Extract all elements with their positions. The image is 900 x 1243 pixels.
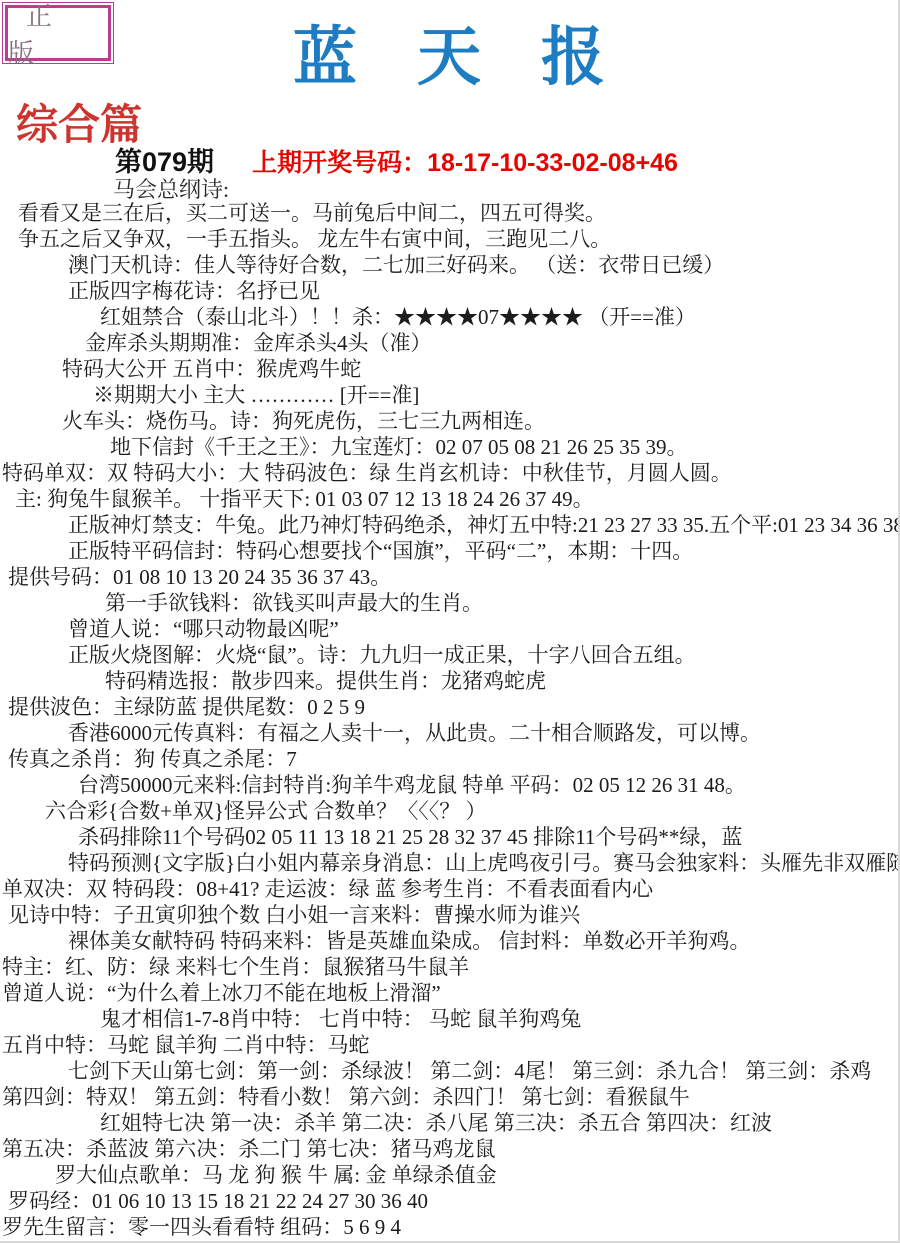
text-line: 金库杀头期期准：金库杀头4头（准） xyxy=(85,330,898,356)
text-line: 鬼才相信1-7-8肖中特： 七肖中特： 马蛇 鼠羊狗鸡兔 xyxy=(100,1006,898,1032)
text-line: 火车头：烧伤马。诗：狗死虎伤，三七三九两相连。 xyxy=(62,408,898,434)
text-line: 单双决：双 特码段：08+41? 走运波：绿 蓝 参考生肖：不看表面看内心 xyxy=(2,876,898,902)
text-line: 争五之后又争双，一手五指头。 龙左牛右寅中间，三跑见二八。 xyxy=(18,226,898,252)
text-line: 主: 狗兔牛鼠猴羊。 十指平天下: 01 03 07 12 13 18 24 2… xyxy=(15,486,898,512)
text-line: 罗码经：01 06 10 13 15 18 21 22 24 27 30 36 … xyxy=(8,1188,898,1214)
text-line: 杀码排除11个号码02 05 11 13 18 21 25 28 32 37 4… xyxy=(78,824,898,850)
text-line: 裸体美女献特码 特码来料：皆是英雄血染成。 信封料：单数必开羊狗鸡。 xyxy=(68,928,898,954)
text-line: 特码大公开 五肖中：猴虎鸡牛蛇 xyxy=(62,356,898,382)
text-line: 正版四字梅花诗：名抒已见 xyxy=(68,278,898,304)
text-line: 特主：红、防：绿 来料七个生肖：鼠猴猪马牛鼠羊 xyxy=(2,954,898,980)
text-line: 提供波色：主绿防蓝 提供尾数：0 2 5 9 xyxy=(8,694,898,720)
text-line: 正版特平码信封：特码心想要找个“国旗”，平码“二”，本期：十四。 xyxy=(68,538,898,564)
text-line: 七剑下天山第七剑：第一剑：杀绿波！ 第二剑：4尾！ 第三剑：杀九合！ 第三剑：杀… xyxy=(68,1058,898,1084)
text-line: 罗大仙点歌单：马 龙 狗 猴 牛 属: 金 单绿杀值金 xyxy=(55,1162,898,1188)
text-line: ※期期大小 主大 ………… [开==准] xyxy=(93,382,898,408)
last-draw-numbers: 上期开奖号码：18-17-10-33-02-08+46 xyxy=(252,143,678,179)
text-line: 见诗中特：子丑寅卯独个数 白小姐一言来料：曹操水师为谁兴 xyxy=(8,902,898,928)
text-line: 五肖中特：马蛇 鼠羊狗 二肖中特：马蛇 xyxy=(2,1032,898,1058)
text-line: 特码精选报：散步四来。提供生肖：龙猪鸡蛇虎 xyxy=(105,668,898,694)
text-line: 正版火烧图解：火烧“鼠”。诗：九九归一成正果，十字八回合五组。 xyxy=(68,642,898,668)
newspaper-page: 正 版 蓝天报 综合篇 第079期 上期开奖号码：18-17-10-33-02-… xyxy=(0,0,900,1243)
page-title: 蓝天报 xyxy=(0,6,898,98)
text-line: 台湾50000元来料:信封特肖:狗羊牛鸡龙鼠 特单 平码：02 05 12 26… xyxy=(78,772,898,798)
text-line: 红姐特七决 第一决：杀羊 第二决：杀八尾 第三决：杀五合 第四决：红波 xyxy=(100,1110,898,1136)
text-line: 第一手欲钱料：欲钱买叫声最大的生肖。 xyxy=(105,590,898,616)
text-line: 正版神灯禁支：牛兔。此乃神灯特码绝杀，神灯五中特:21 23 27 33 35.… xyxy=(68,512,898,538)
text-line: 六合彩{合数+单双}怪异公式 合数单？〈〈〈？ ） xyxy=(45,798,898,824)
text-line: 第四剑：特双！ 第五剑：特看小数！ 第六剑：杀四门！ 第七剑：看猴鼠牛 xyxy=(2,1084,898,1110)
text-line: 第五决：杀蓝波 第六决：杀二门 第七决：猪马鸡龙鼠 xyxy=(2,1136,898,1162)
text-line: 澳门天机诗：佳人等待好合数，二七加三好码来。 （送：衣带日已缓） xyxy=(68,252,898,278)
text-line: 看看又是三在后，买二可送一。马前兔后中间二，四五可得奖。 xyxy=(18,200,898,226)
text-line: 红姐禁合（泰山北斗）！！杀：★★★★07★★★★ （开==准） xyxy=(100,304,898,330)
text-line: 曾道人说：“哪只动物最凶呢” xyxy=(68,616,898,642)
text-line: 传真之杀肖：狗 传真之杀尾：7 xyxy=(8,746,898,772)
text-line: 特码单双：双 特码大小：大 特码波色：绿 生肖玄机诗：中秋佳节，月圆人圆。 xyxy=(2,460,898,486)
tips-text-block: 看看又是三在后，买二可送一。马前兔后中间二，四五可得奖。 争五之后又争双，一手五… xyxy=(0,200,898,1240)
text-line: 地下信封《千王之王》：九宝莲灯：02 07 05 08 21 26 25 35 … xyxy=(110,434,898,460)
text-line: 特码预测{文字版}白小姐内幕亲身消息：山上虎鸣夜引弓。赛马会独家料：头雁先非双雁… xyxy=(68,850,898,876)
text-line: 罗先生留言：零一四头看看特 组码：5 6 9 4 xyxy=(2,1214,898,1240)
text-line: 提供号码：01 08 10 13 20 24 35 36 37 43。 xyxy=(8,564,898,590)
text-line: 曾道人说：“为什么着上冰刀不能在地板上滑溜” xyxy=(2,980,898,1006)
text-line: 香港6000元传真料：有福之人卖十一，从此贵。二十相合顺路发，可以博。 xyxy=(68,720,898,746)
